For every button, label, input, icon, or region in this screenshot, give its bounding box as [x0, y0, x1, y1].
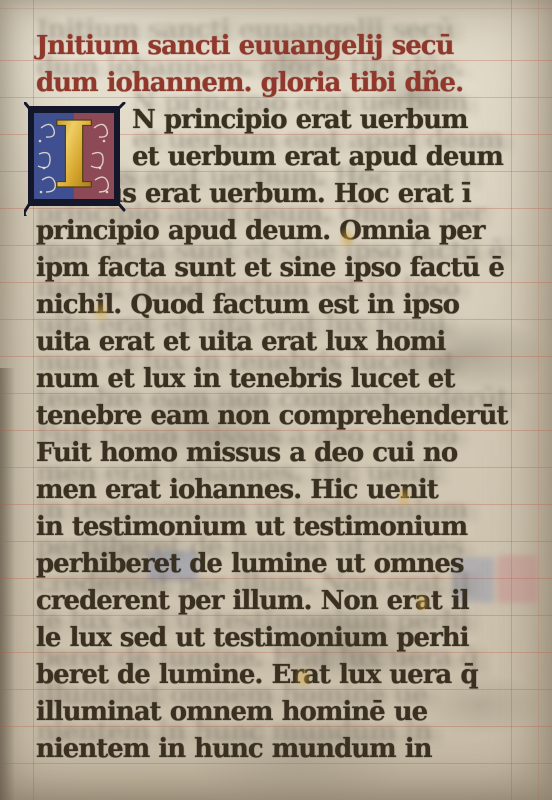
text-line: nientem in hunc mundum in: [36, 731, 538, 768]
text-line: Fuit homo missus a deo cui no: [36, 435, 538, 472]
text-line: nichil. Quod factum est in ipso: [36, 287, 538, 324]
text-line: men erat iohannes. Hic uenit: [36, 472, 538, 509]
text-line: N principio erat uerbum: [132, 102, 538, 139]
text-line: et uerbum erat apud deum: [132, 139, 538, 176]
text-line: perhiberet de lumine ut omnes: [36, 546, 538, 583]
text-line: uita erat et uita erat lux homi: [36, 324, 538, 361]
top-ruling-line: [0, 8, 552, 9]
manuscript-page: Jnitium sancti euuangelij secū dum iohan…: [0, 0, 552, 800]
text-line: principio apud deum. Omnia per: [36, 213, 538, 250]
page-edge-shadow: [0, 368, 15, 800]
text-line: le lux sed ut testimonium perhi: [36, 620, 538, 657]
text-line: tenebre eam non comprehenderūt: [36, 398, 538, 435]
text-line: ipm facta sunt et sine ipso factū ē: [36, 250, 538, 287]
rubric-line: Jnitium sancti euuangelij secū: [36, 28, 538, 65]
text-line: in testimonium ut testimonium: [36, 509, 538, 546]
text-line: crederent per illum. Non erat il: [36, 583, 538, 620]
text-line: beret de lumine. Erat lux uera q̄: [36, 657, 538, 694]
rubric-line: dum iohannem. gloria tibi dñe.: [36, 65, 538, 102]
text-line: illuminat omnem hominē ue: [36, 694, 538, 731]
outer-margin-rule: [538, 0, 539, 800]
illuminated-initial-I: I: [24, 102, 128, 216]
text-line: num et lux in tenebris lucet et: [36, 361, 538, 398]
gold-letter-I: I: [52, 102, 95, 209]
